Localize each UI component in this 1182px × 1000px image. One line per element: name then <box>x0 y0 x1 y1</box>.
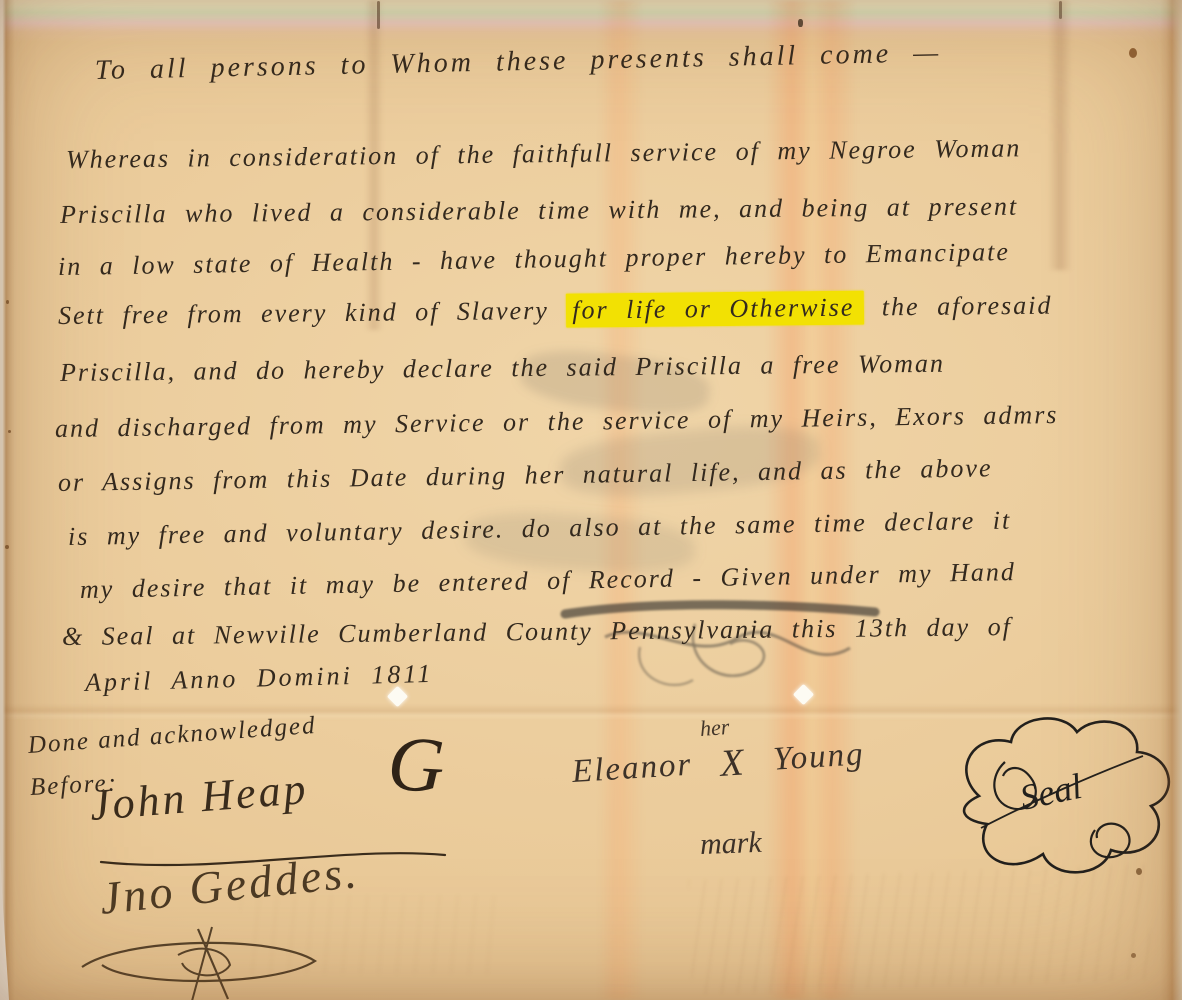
scanned-document: To all persons to Whom these presents sh… <box>0 0 1182 1000</box>
paper-speck <box>377 1 380 29</box>
paper-speck <box>138 642 141 645</box>
highlighted-phrase: for life or Otherwise <box>566 291 864 328</box>
signer-first-name: Eleanor <box>571 747 693 790</box>
her-mark-label-bottom: mark <box>699 826 762 862</box>
paper-speck <box>5 545 9 549</box>
signer-last-name: Young <box>772 736 865 778</box>
scan-edge-top <box>0 0 1182 42</box>
flourish-g: G <box>386 718 447 811</box>
paper-speck <box>1131 953 1136 958</box>
paper-speck <box>1059 1 1062 19</box>
seal-flourish: Seal <box>945 710 1177 882</box>
mark-x: X <box>719 740 747 785</box>
torn-edge-left <box>0 0 15 1000</box>
paper-speck <box>6 300 9 304</box>
body-line-4-post: the aforesaid <box>864 291 1052 322</box>
paper-edge-right <box>1160 0 1182 1000</box>
ink-smudge-scribble <box>545 592 895 707</box>
paper-speck <box>798 19 803 27</box>
paper-speck <box>1129 48 1137 58</box>
signature-flourish <box>70 925 340 1000</box>
paper-speck <box>1136 868 1142 875</box>
paper-speck <box>8 430 11 433</box>
body-line-4-pre: Sett free from every kind of Slavery <box>58 296 567 330</box>
